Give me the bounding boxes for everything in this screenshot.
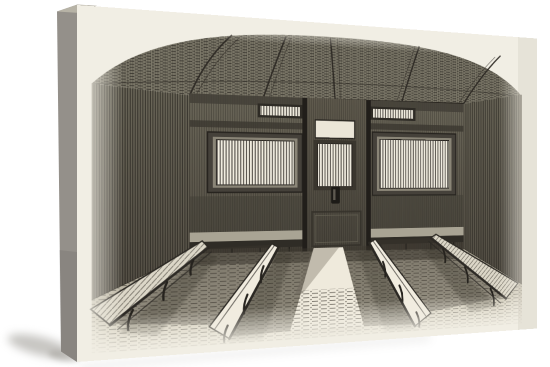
- carriage-door: [302, 98, 370, 254]
- right-window: [372, 132, 455, 195]
- left-ventilator: [258, 103, 303, 118]
- door-post-left: [302, 98, 307, 254]
- end-wall: [190, 93, 464, 262]
- door-post-right: [366, 100, 371, 252]
- right-ventilator: [371, 106, 416, 121]
- door-transom-panel: [315, 120, 354, 139]
- engraving: [77, 5, 537, 362]
- door-handle: [331, 187, 340, 204]
- product-photo: [0, 0, 550, 367]
- left-window: [208, 132, 303, 193]
- canvas-front-face: [77, 5, 537, 362]
- canvas-left-side-lower-shade: [59, 250, 77, 362]
- door-window: [314, 140, 357, 191]
